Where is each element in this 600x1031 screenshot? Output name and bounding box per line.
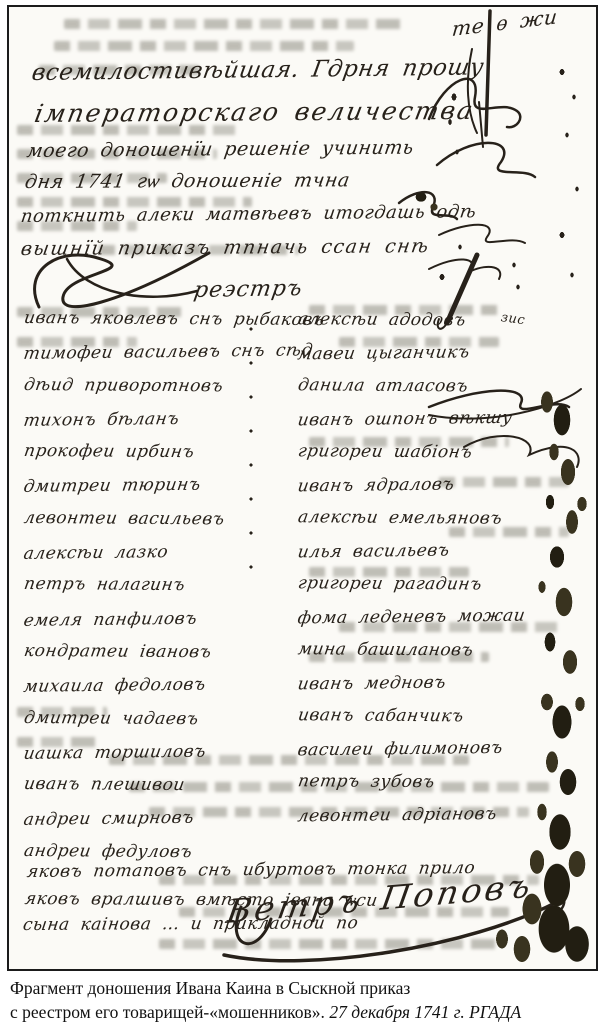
register-name: михаила федоловъ bbox=[20, 673, 326, 710]
register-name: левонтеи васильевъ bbox=[21, 508, 326, 543]
book-page: { "colors":{ "ink":"#27211a","stain_dark… bbox=[0, 0, 600, 1031]
petition-line: вышнïй приказъ тпначь ссан снѣ bbox=[19, 235, 431, 260]
register-name: алексѣи лазко bbox=[20, 540, 326, 577]
register-name: илья васильевъ bbox=[294, 540, 526, 576]
register-name: василеи филимоновъ bbox=[294, 738, 526, 774]
register-name: петръ зубовъ bbox=[295, 771, 527, 806]
register-column-right: алексѣи адодовъмавеи цыганчикъданила атл… bbox=[297, 310, 524, 838]
register-name: петръ налагинъ bbox=[21, 574, 326, 609]
paraph-flourish bbox=[35, 253, 209, 307]
register-name: иашка торшиловъ bbox=[20, 740, 326, 777]
register-name: емеля панфиловъ bbox=[20, 607, 326, 644]
figure-caption: Фрагмент доношения Ивана Каина в Сыскной… bbox=[10, 976, 590, 1024]
register-name: мавеи цыганчикъ bbox=[294, 342, 526, 378]
register-name: данила атласовъ bbox=[295, 375, 527, 410]
caption-line-2-text: с реестром его товарищей-«мошенников». bbox=[10, 1002, 325, 1022]
caption-date: 27 декабря 1741 г. РГАДА bbox=[329, 1002, 521, 1022]
caption-line-1: Фрагмент доношения Ивана Каина в Сыскной… bbox=[10, 976, 590, 1000]
register-name: иванъ ошпонъ вѣкшу bbox=[294, 408, 526, 444]
register-name: кондратеи івановъ bbox=[21, 641, 326, 676]
register-name: левонтеи адріановъ bbox=[294, 804, 526, 840]
register-name: прокофеи ирбинъ bbox=[21, 441, 326, 476]
petition-line: імператорскаго величества bbox=[32, 96, 477, 128]
register-name: фома леденевъ можаи bbox=[294, 606, 526, 642]
register-name: алексѣи емельяновъ bbox=[295, 507, 527, 542]
register-title: реэстръ bbox=[192, 276, 305, 303]
register-name: алексѣи адодовъ bbox=[295, 309, 527, 344]
header-swash-4 bbox=[439, 225, 525, 243]
petition-line: всемилостивѣйшая. Гдрня прошу bbox=[30, 54, 486, 86]
register-name: иванъ медновъ bbox=[294, 672, 526, 708]
register-name: иванъ яковлевъ снъ рыбаковъ bbox=[21, 308, 326, 343]
register-name: дѣид приворотновъ bbox=[21, 375, 326, 410]
header-swash-2 bbox=[437, 143, 535, 177]
manuscript-facsimile: те ѳ жи зис всемилостивѣйшая. Гдрня прош… bbox=[7, 5, 598, 971]
register-name: григореи шабіонъ bbox=[295, 441, 527, 476]
petition-line: моего доношенїи решеніе учинить bbox=[25, 137, 415, 162]
register-name: тимофеи васильевъ снъ сѣд bbox=[20, 340, 326, 377]
register-name: дмитреи чадаевъ bbox=[21, 708, 326, 743]
register-name: иванъ сабанчикъ bbox=[295, 705, 527, 740]
register-name: иванъ ядраловъ bbox=[294, 474, 526, 510]
petition-line: дня 1741 гѡ доношеніе тчна bbox=[23, 169, 351, 194]
header-swash-5 bbox=[429, 259, 500, 279]
register-column-left: иванъ яковлевъ снъ рыбаковътимофеи васил… bbox=[23, 309, 324, 875]
register-name: андреи смирновъ bbox=[20, 807, 326, 844]
register-name: тихонъ бѣланъ bbox=[20, 407, 326, 444]
caption-line-2: с реестром его товарищей-«мошенников». 2… bbox=[10, 1000, 590, 1024]
register-name: мина башилановъ bbox=[295, 639, 527, 674]
register-name: григореи рагадинъ bbox=[295, 573, 527, 608]
register-name: дмитреи тюринъ bbox=[20, 474, 326, 511]
register-name: иванъ плешивои bbox=[21, 774, 326, 809]
